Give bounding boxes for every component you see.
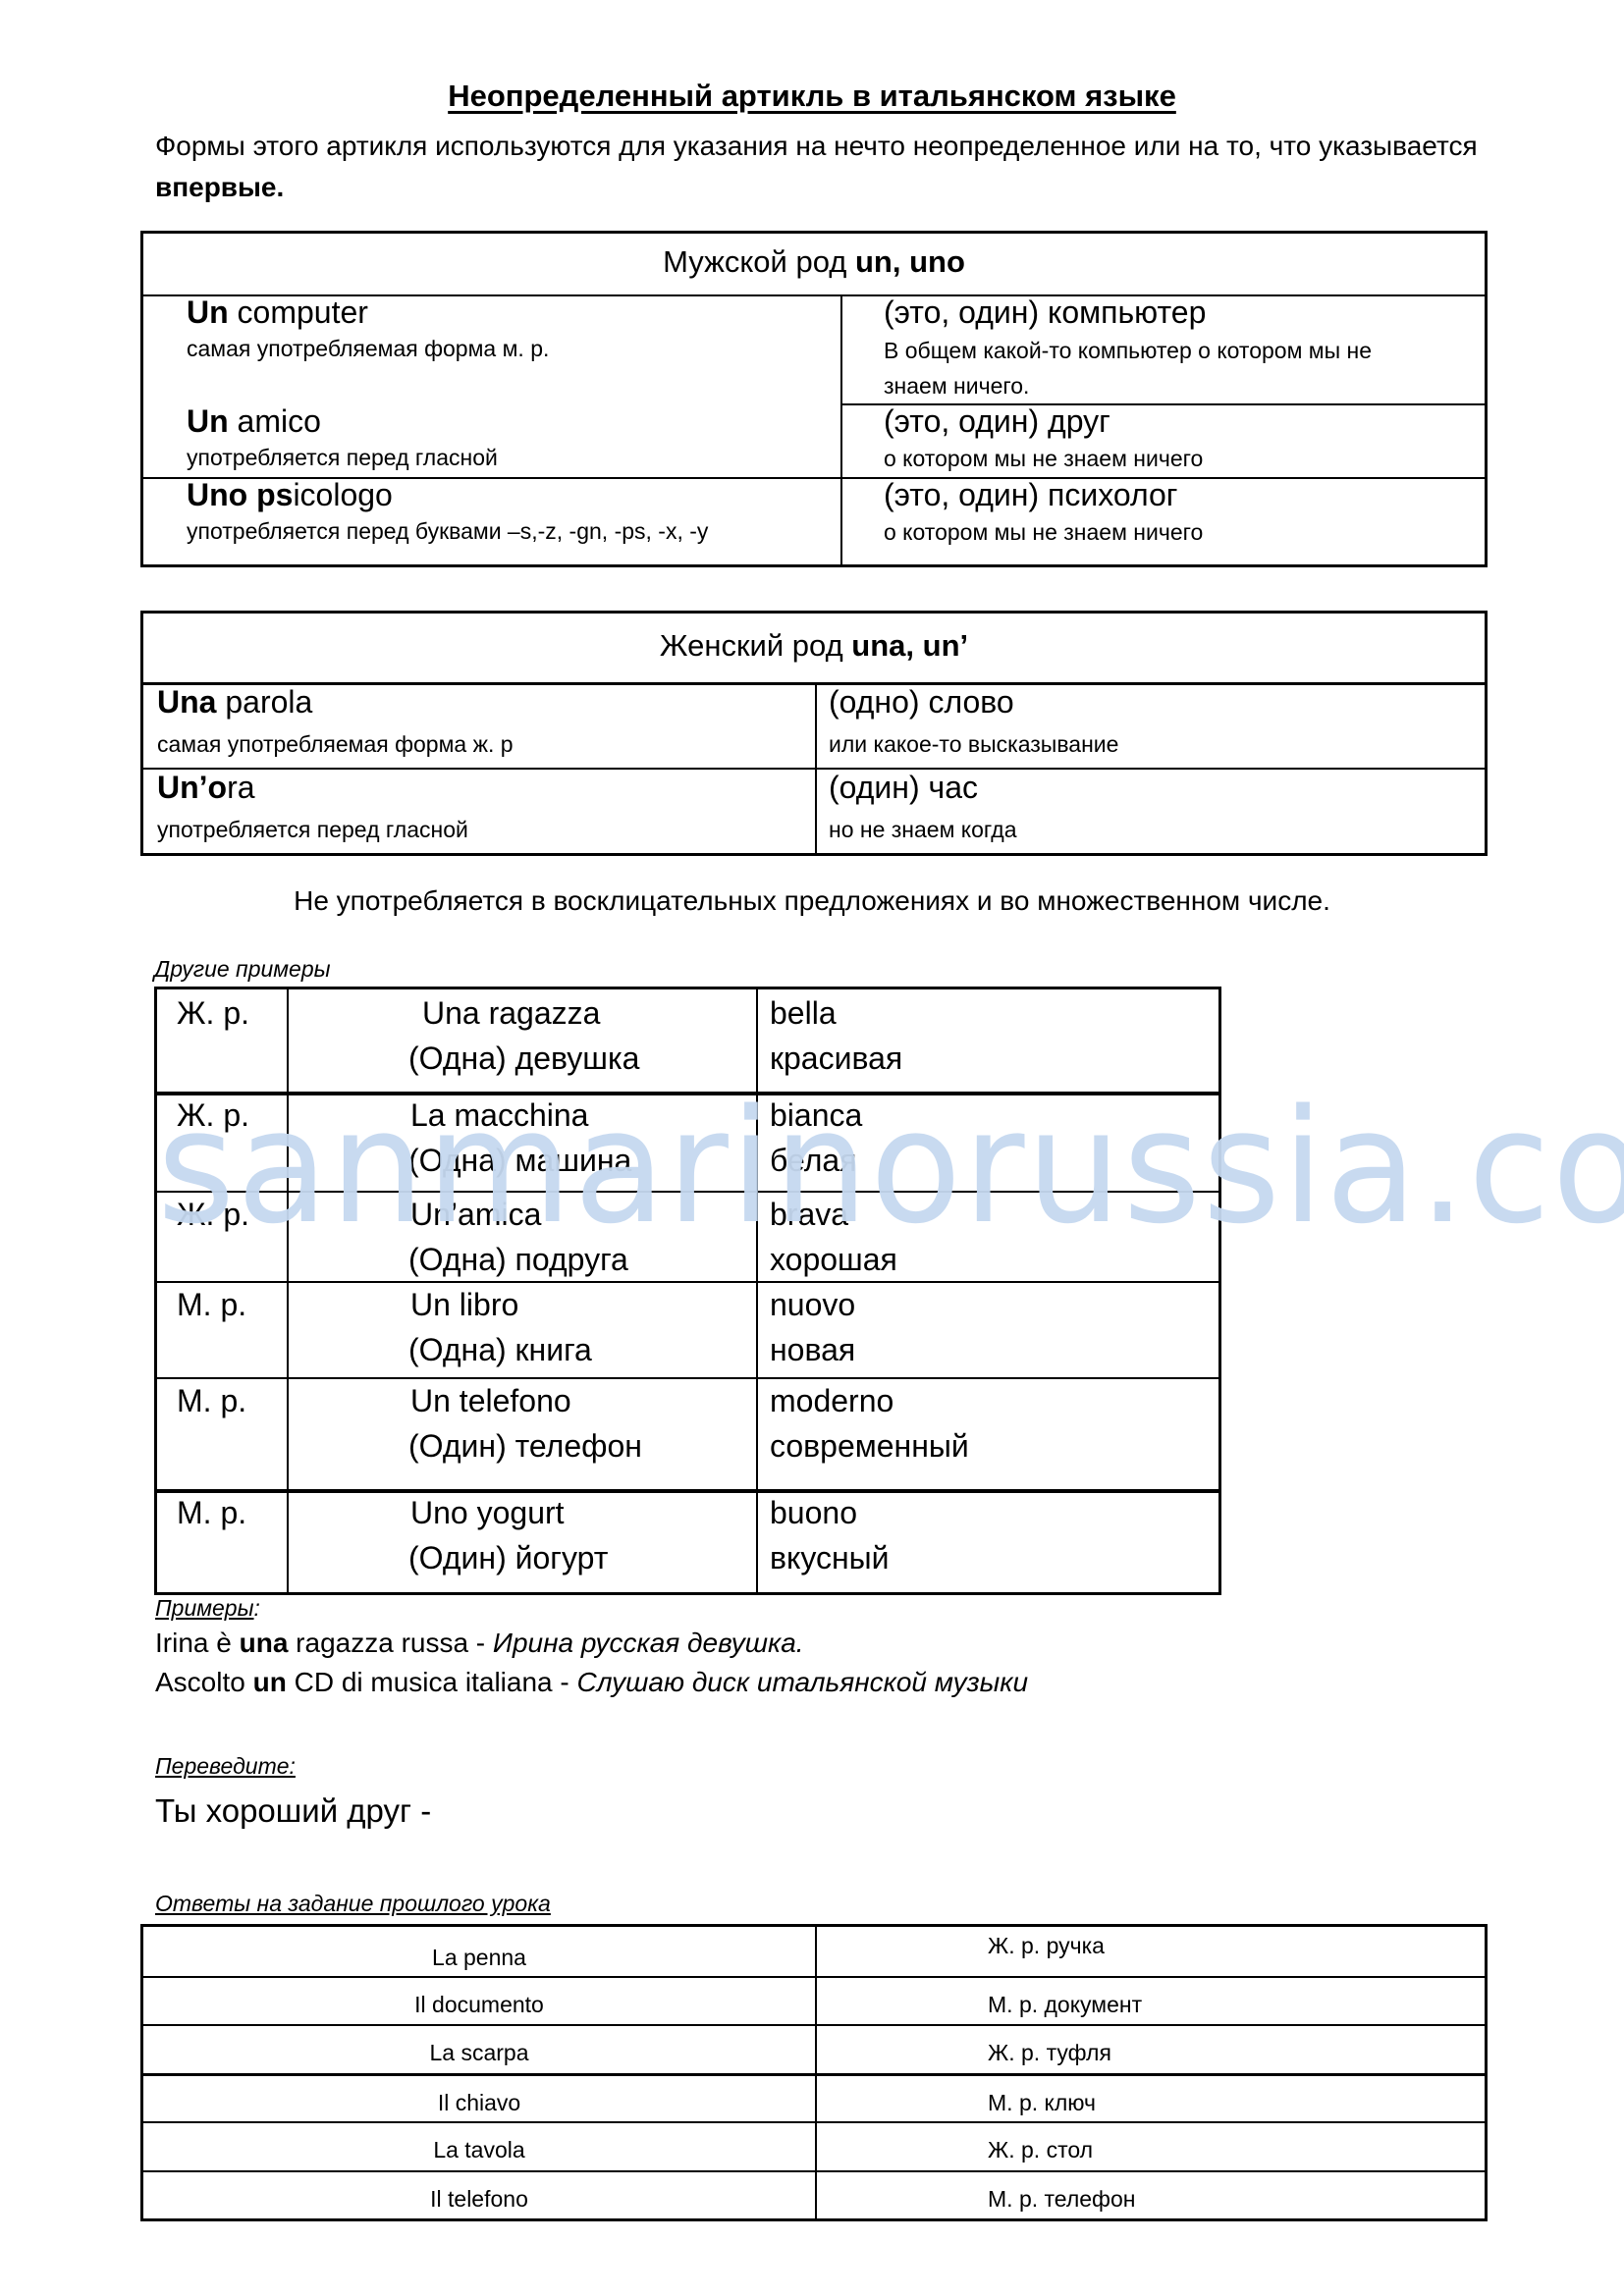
masculine-header: Мужской род un, uno [143, 234, 1485, 296]
russian-adjective: вкусный [770, 1534, 890, 1581]
answer-russian: Ж. р. стол [988, 2137, 1093, 2163]
gender-label: Ж. р. [177, 989, 249, 1037]
russian-phrase: (Один) йогурт [408, 1534, 608, 1581]
italian-phrase: Un libro [410, 1281, 518, 1328]
examples-label: Примеры: [155, 1595, 260, 1622]
masculine-header-label: Мужской род [663, 244, 855, 279]
example-sentence: Ascolto un CD di musica italiana - Слуша… [155, 1667, 1028, 1698]
italian-adjective: nuovo [770, 1281, 855, 1328]
answers-table: La pennaЖ. р. ручкаIl documentoМ. р. док… [140, 1924, 1488, 2221]
feminine-translation: (один) час [829, 770, 978, 806]
feminine-note: употребляется перед гласной [157, 817, 468, 843]
answer-italian: Il chiavo [143, 2090, 815, 2116]
page-title: Неопределенный артикль в итальянском язы… [0, 79, 1624, 114]
masculine-translation: (это, один) психолог [884, 477, 1177, 513]
answer-italian: Il documento [143, 1992, 815, 2018]
gender-label: М. р. [177, 1489, 246, 1536]
answer-italian: La scarpa [143, 2040, 815, 2066]
italian-phrase: Una ragazza [422, 989, 600, 1037]
masculine-explanation: знаем ничего. [884, 373, 1029, 400]
italian-adjective: buono [770, 1489, 857, 1536]
translate-label: Переведите: [155, 1753, 296, 1780]
russian-phrase: (Один) телефон [408, 1422, 642, 1469]
feminine-explanation: но не знаем когда [829, 817, 1016, 843]
intro-text: Формы этого артикля используются для ука… [155, 131, 1478, 161]
masculine-note: употребляется перед буквами –s,-z, -gn, … [187, 518, 708, 545]
russian-adjective: современный [770, 1422, 969, 1469]
russian-phrase: (Одна) подруга [408, 1236, 628, 1283]
gender-label: Ж. р. [177, 1191, 249, 1238]
masculine-word: Un amico [187, 403, 321, 440]
italian-phrase: Uno yogurt [410, 1489, 565, 1536]
feminine-translation: (одно) слово [829, 684, 1014, 721]
masculine-header-articles: un, uno [855, 244, 965, 279]
answer-russian: Ж. р. туфля [988, 2040, 1111, 2066]
answer-russian: М. р. телефон [988, 2186, 1135, 2213]
russian-phrase: (Одна) машина [408, 1137, 631, 1184]
masculine-note: самая употребляемая форма м. р. [187, 336, 549, 362]
italian-phrase: Un telefono [410, 1377, 571, 1424]
masculine-word: Uno psicologo [187, 477, 393, 513]
russian-adjective: красивая [770, 1035, 902, 1082]
answer-row: La tavolaЖ. р. стол [143, 2121, 1485, 2172]
italian-adjective: bianca [770, 1092, 862, 1139]
italian-adjective: bella [770, 989, 837, 1037]
masculine-word: Un computer [187, 294, 368, 331]
example-row: Ж. р.Un’amica(Одна) подругаbravaхорошая [157, 1191, 1218, 1281]
feminine-word: Una parola [157, 684, 312, 721]
feminine-note: самая употребляемая форма ж. р [157, 731, 514, 758]
feminine-header-articles: una, un’ [851, 628, 968, 663]
russian-phrase: (Одна) книга [408, 1326, 592, 1373]
masculine-translation: (это, один) компьютер [884, 294, 1206, 331]
example-row: М. р.Uno yogurt(Один) йогуртbuonoвкусный [157, 1489, 1218, 1592]
italian-adjective: moderno [770, 1377, 893, 1424]
masculine-note: употребляется перед гласной [187, 445, 498, 471]
masculine-table: Мужской род un, uno Un computer самая уп… [140, 231, 1488, 567]
answer-row: La pennaЖ. р. ручка [143, 1927, 1485, 1976]
answer-russian: М. р. ключ [988, 2090, 1096, 2116]
answer-russian: Ж. р. ручка [988, 1933, 1105, 1959]
example-row: М. р.Un telefono(Один) телефонmodernoсов… [157, 1377, 1218, 1489]
masculine-translation: (это, один) друг [884, 403, 1110, 440]
feminine-header: Женский род una, un’ [143, 614, 1485, 685]
example-sentence: Irina è una ragazza russa - Ирина русска… [155, 1628, 804, 1659]
italian-adjective: brava [770, 1191, 848, 1238]
italian-phrase: La macchina [410, 1092, 588, 1139]
answer-russian: М. р. документ [988, 1992, 1142, 2018]
answers-label: Ответы на задание прошлого урока [155, 1891, 551, 1917]
answer-row: Il chiavoМ. р. ключ [143, 2073, 1485, 2125]
example-row: Ж. р.La macchina(Одна) машинаbiancaбелая [157, 1092, 1218, 1191]
russian-adjective: белая [770, 1137, 857, 1184]
answer-row: Il documentoМ. р. документ [143, 1976, 1485, 2027]
answer-row: Il telefonoМ. р. телефон [143, 2170, 1485, 2221]
russian-adjective: хорошая [770, 1236, 897, 1283]
feminine-explanation: или какое-то высказывание [829, 731, 1118, 758]
intro-paragraph: Формы этого артикля используются для ука… [155, 126, 1510, 208]
gender-label: М. р. [177, 1281, 246, 1328]
russian-adjective: новая [770, 1326, 855, 1373]
usage-note: Не употребляется в восклицательных предл… [0, 885, 1624, 917]
masculine-explanation: В общем какой-то компьютер о котором мы … [884, 338, 1372, 364]
translate-task: Ты хороший друг - [155, 1792, 431, 1830]
feminine-word: Un’ora [157, 770, 255, 806]
feminine-table: Женский род una, un’ Una parola самая уп… [140, 611, 1488, 856]
answer-row: La scarpaЖ. р. туфля [143, 2024, 1485, 2075]
russian-phrase: (Одна) девушка [408, 1035, 639, 1082]
feminine-header-label: Женский род [660, 628, 851, 663]
other-examples-table: Ж. р.Una ragazza(Одна) девушкаbellaкраси… [154, 987, 1221, 1595]
masculine-explanation: о котором мы не знаем ничего [884, 446, 1203, 472]
answer-italian: Il telefono [143, 2186, 815, 2213]
answer-italian: La tavola [143, 2137, 815, 2163]
other-examples-label: Другие примеры [154, 956, 331, 983]
gender-label: М. р. [177, 1377, 246, 1424]
italian-phrase: Un’amica [410, 1191, 541, 1238]
gender-label: Ж. р. [177, 1092, 249, 1139]
answer-italian: La penna [143, 1945, 815, 1971]
example-row: Ж. р.Una ragazza(Одна) девушкаbellaкраси… [157, 989, 1218, 1092]
masculine-explanation: о котором мы не знаем ничего [884, 519, 1203, 546]
example-row: М. р.Un libro(Одна) книгаnuovoновая [157, 1281, 1218, 1377]
intro-bold: впервые. [155, 172, 284, 202]
